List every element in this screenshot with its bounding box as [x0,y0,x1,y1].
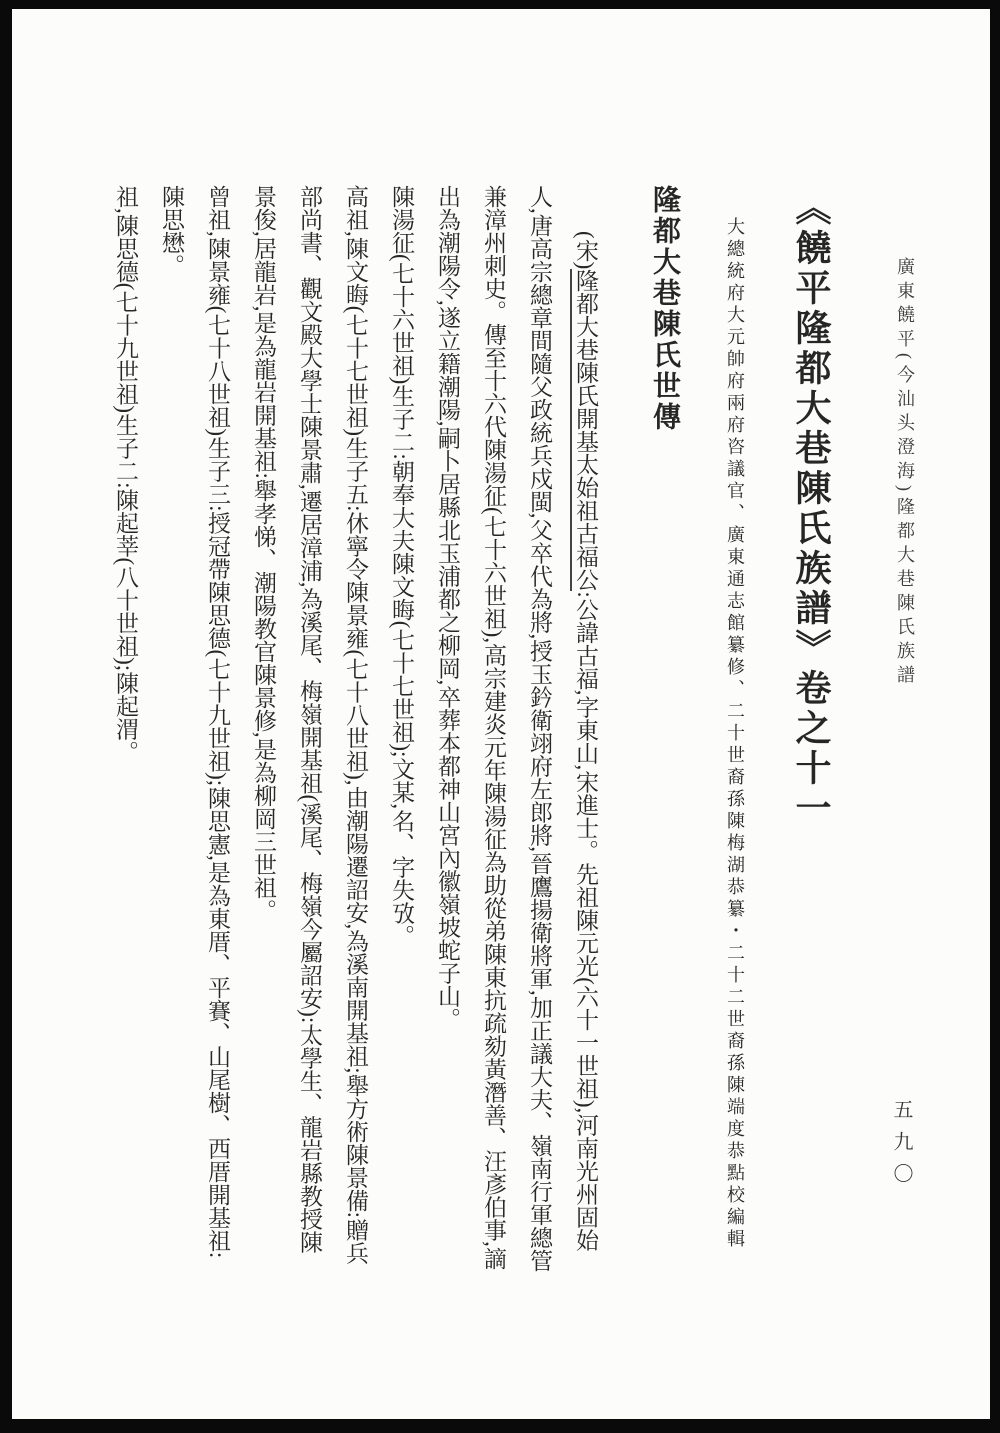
paragraph-tangzheng-sons: 陳湯征(七十六世祖)生子二:朝奉大夫陳文晦(七十七世祖);文某,名、字失攷。 [378,185,424,1273]
main-text-block: 《饒平隆都大巷陳氏族譜》卷之十一 大總統府大元帥府兩府咨議官、廣東通志館纂修、二… [102,185,840,1273]
scanned-genealogy-page: 廣東饒平(今汕头澄海)隆都大巷陳氏族譜 五九〇 《饒平隆都大巷陳氏族譜》卷之十一… [0,0,1000,1433]
paragraph-zengzu: 曾祖,陳景雍(七十八世祖)生子三:授冠帶陳思德(七十九世祖);陳思憲,是為東厝、… [148,185,240,1273]
dynasty-label: (宋) [573,231,598,269]
paragraph-gaozu: 高祖,陳文晦(七十七世祖)生子五:休寧令陳景雍(七十八世祖),由潮陽遷詔安,為溪… [240,185,378,1273]
volume-title: 《饒平隆都大巷陳氏族譜》卷之十一 [782,185,840,1273]
page-number: 五九〇 [887,1099,916,1195]
founder-name-underlined: 隆都大巷陳氏開基太始祖古福公 [570,269,598,591]
section-heading: 隆都大巷陳氏世傳 [638,185,690,1273]
paragraph-founder: (宋)隆都大巷陳氏開基太始祖古福公:公諱古福,字東山,宋進士。先祖陳元光(六十一… [424,185,608,1273]
margin-header: 廣東饒平(今汕头澄海)隆都大巷陳氏族譜 [892,257,918,689]
compiler-byline: 大總統府大元帥府兩府咨議官、廣東通志館纂修、二十世裔孫陳梅湖恭纂・二十二世裔孫陳… [716,185,754,1273]
paragraph-zu: 祖,陳思德(七十九世祖)生子二:陳起莘(八十世祖);陳起渭。 [102,185,148,1273]
